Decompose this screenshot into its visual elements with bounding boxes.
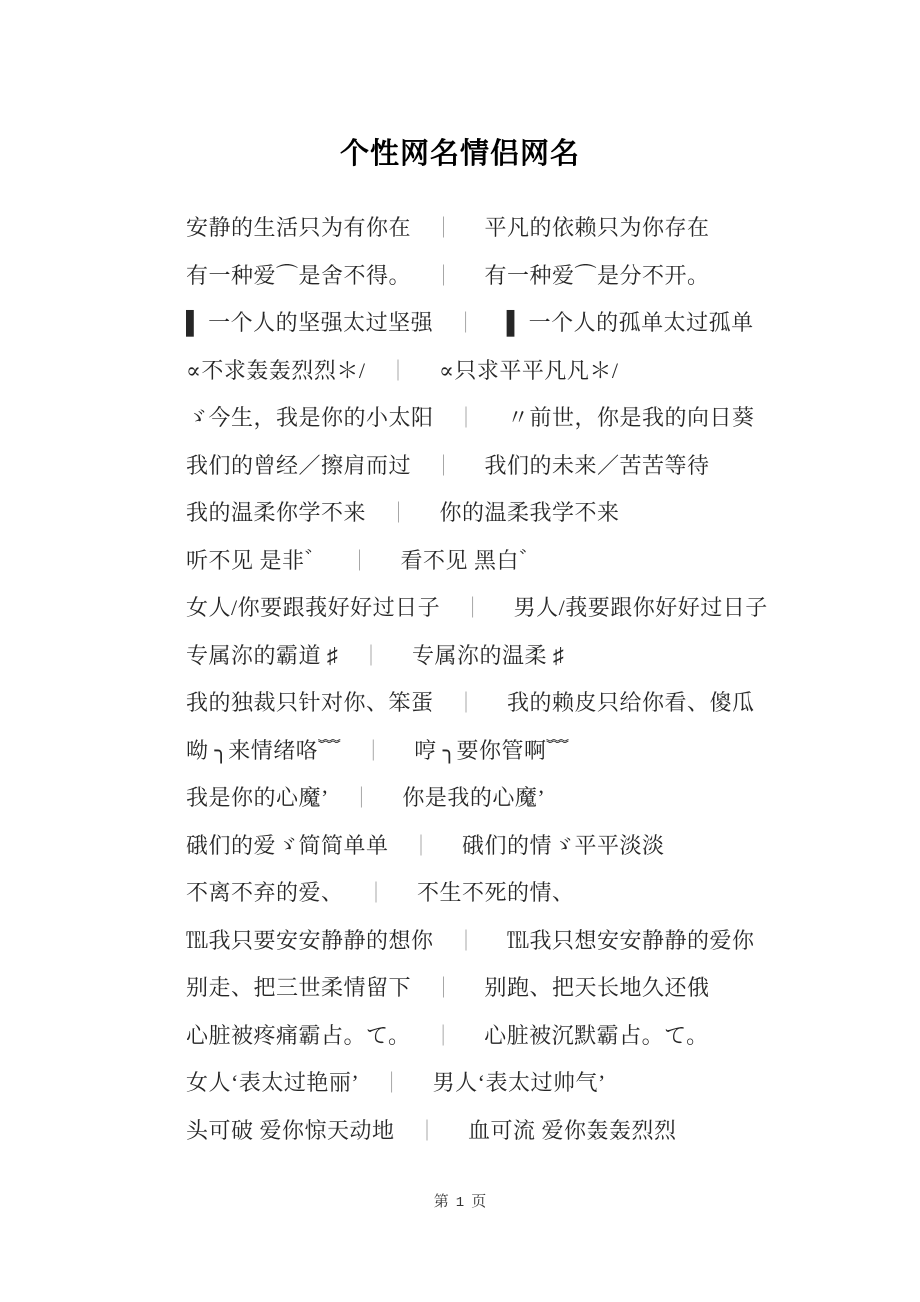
left-nickname: 女人‘表太过艳丽’ — [186, 1070, 359, 1095]
right-nickname: 专属沵的温柔 ♯ — [412, 643, 565, 668]
right-nickname: 血可流 爱你轰轰烈烈 — [468, 1118, 677, 1143]
left-nickname: 我是你的心魔’ — [186, 785, 329, 810]
nickname-row: 别走、把三世柔情留下｜别跑、把天长地久还俄 — [186, 964, 800, 1012]
column-divider: ｜ — [433, 264, 455, 288]
column-divider: ｜ — [433, 216, 455, 240]
left-nickname: 我的温柔你学不来 — [186, 500, 366, 525]
column-divider: ｜ — [417, 1119, 439, 1143]
left-nickname: ∝不求轰轰烈烈＊/ — [186, 358, 366, 383]
left-nickname: 我们的曾经／擦肩而过 — [186, 453, 411, 478]
right-nickname: 平凡的依赖只为你存在 — [485, 215, 710, 240]
right-nickname: ▌ 一个人的孤单太过孤单 — [507, 310, 754, 335]
left-nickname: 不离不弃的爱、 — [186, 880, 344, 905]
nickname-row: 呦 ╮来情绪咯﹌｜哼 ╮要你管啊﹌ — [186, 727, 800, 775]
right-nickname: 看不见 黑白゛ — [401, 548, 542, 573]
column-divider: ｜ — [366, 881, 388, 905]
left-nickname: ▌ 一个人的坚强太过坚强 — [186, 310, 433, 335]
right-nickname: ℡我只想安安静静的爱你 — [507, 928, 755, 953]
nickname-row: ▌ 一个人的坚强太过坚强｜▌ 一个人的孤单太过孤单 — [186, 299, 800, 347]
nickname-row: 不离不弃的爱、｜不生不死的情、 — [186, 869, 800, 917]
column-divider: ｜ — [433, 454, 455, 478]
right-nickname: 有一种爱⌒是分不开。 — [485, 263, 710, 288]
nickname-row: ゞ今生，我是你的小太阳｜〃前世，你是我的向日葵 — [186, 394, 800, 442]
page-footer: 第1页 — [0, 1190, 920, 1211]
right-nickname: 别跑、把天长地久还俄 — [485, 975, 710, 1000]
left-nickname: 别走、把三世柔情留下 — [186, 975, 411, 1000]
nickname-row: 专属沵的霸道 ♯｜专属沵的温柔 ♯ — [186, 632, 800, 680]
left-nickname: 呦 ╮来情绪咯﹌ — [186, 738, 341, 763]
left-nickname: ゞ今生，我是你的小太阳 — [186, 405, 434, 430]
right-nickname: 硪们的情ゞ平平淡淡 — [462, 833, 665, 858]
nickname-row: 我是你的心魔’｜你是我的心魔’ — [186, 774, 800, 822]
right-nickname: 男人/莪要跟你好好过日子 — [514, 595, 768, 620]
left-nickname: 专属沵的霸道 ♯ — [186, 643, 339, 668]
nickname-row: 硪们的爱ゞ简简单单｜硪们的情ゞ平平淡淡 — [186, 822, 800, 870]
column-divider: ｜ — [361, 644, 383, 668]
nickname-row: 头可破 爱你惊天动地｜血可流 爱你轰轰烈烈 — [186, 1107, 800, 1155]
left-nickname: 听不见 是非゛ — [186, 548, 327, 573]
nickname-row: 女人/你要跟莪好好过日子｜男人/莪要跟你好好过日子 — [186, 584, 800, 632]
nickname-row: 我们的曾经／擦肩而过｜我们的未来／苦苦等待 — [186, 442, 800, 490]
nickname-row: 听不见 是非゛｜看不见 黑白゛ — [186, 537, 800, 585]
nickname-row: ∝不求轰轰烈烈＊/｜∝只求平平凡凡＊/ — [186, 347, 800, 395]
right-nickname: 心脏被沉默霸占。て。 — [484, 1023, 709, 1048]
footer-page-prefix: 第 — [434, 1194, 449, 1210]
nickname-row: 我的温柔你学不来｜你的温柔我学不来 — [186, 489, 800, 537]
footer-page-number: 1 — [456, 1195, 464, 1211]
column-divider: ｜ — [388, 359, 410, 383]
column-divider: ｜ — [388, 501, 410, 525]
document-page: 个性网名情侣网名 安静的生活只为有你在｜平凡的依赖只为你存在有一种爱⌒是舍不得。… — [0, 0, 920, 1302]
left-nickname: 安静的生活只为有你在 — [186, 215, 411, 240]
nickname-row: 有一种爱⌒是舍不得。｜有一种爱⌒是分不开。 — [186, 252, 800, 300]
right-nickname: 我的赖皮只给你看、傻瓜 — [507, 690, 755, 715]
column-divider: ｜ — [455, 311, 477, 335]
nickname-list: 安静的生活只为有你在｜平凡的依赖只为你存在有一种爱⌒是舍不得。｜有一种爱⌒是分不… — [0, 204, 920, 1154]
nickname-row: ℡我只要安安静静的想你｜℡我只想安安静静的爱你 — [186, 917, 800, 965]
column-divider: ｜ — [456, 406, 478, 430]
nickname-row: 女人‘表太过艳丽’｜男人‘表太过帅气’ — [186, 1059, 800, 1107]
right-nickname: 男人‘表太过帅气’ — [433, 1070, 606, 1095]
left-nickname: ℡我只要安安静静的想你 — [186, 928, 434, 953]
column-divider: ｜ — [462, 596, 484, 620]
right-nickname: 你的温柔我学不来 — [440, 500, 620, 525]
column-divider: ｜ — [456, 691, 478, 715]
column-divider: ｜ — [381, 1071, 403, 1095]
left-nickname: 女人/你要跟莪好好过日子 — [186, 595, 440, 620]
column-divider: ｜ — [456, 929, 478, 953]
left-nickname: 头可破 爱你惊天动地 — [186, 1118, 395, 1143]
right-nickname: 哼 ╮要你管啊﹌ — [414, 738, 569, 763]
column-divider: ｜ — [411, 834, 433, 858]
column-divider: ｜ — [433, 1024, 455, 1048]
right-nickname: ∝只求平平凡凡＊/ — [439, 358, 619, 383]
left-nickname: 硪们的爱ゞ简简单单 — [186, 833, 389, 858]
column-divider: ｜ — [351, 786, 373, 810]
page-title: 个性网名情侣网名 — [0, 0, 920, 170]
column-divider: ｜ — [363, 739, 385, 763]
right-nickname: 不生不死的情、 — [417, 880, 575, 905]
left-nickname: 心脏被疼痛霸占。て。 — [186, 1023, 411, 1048]
nickname-row: 心脏被疼痛霸占。て。｜心脏被沉默霸占。て。 — [186, 1012, 800, 1060]
right-nickname: 我们的未来／苦苦等待 — [485, 453, 710, 478]
left-nickname: 有一种爱⌒是舍不得。 — [186, 263, 411, 288]
left-nickname: 我的独裁只针对你、笨蛋 — [186, 690, 434, 715]
column-divider: ｜ — [433, 976, 455, 1000]
column-divider: ｜ — [349, 549, 371, 573]
right-nickname: 你是我的心魔’ — [402, 785, 545, 810]
nickname-row: 我的独裁只针对你、笨蛋｜我的赖皮只给你看、傻瓜 — [186, 679, 800, 727]
right-nickname: 〃前世，你是我的向日葵 — [507, 405, 755, 430]
footer-page-suffix: 页 — [471, 1194, 486, 1210]
nickname-row: 安静的生活只为有你在｜平凡的依赖只为你存在 — [186, 204, 800, 252]
